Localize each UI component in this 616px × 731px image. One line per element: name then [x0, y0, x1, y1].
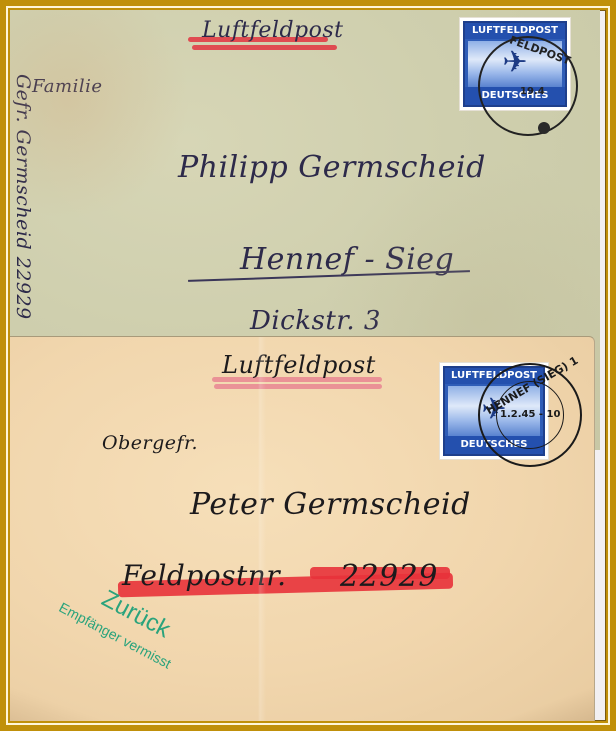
red-underline	[192, 45, 337, 50]
eagle-emblem-icon	[538, 122, 550, 134]
airplane-icon: ✈	[465, 43, 565, 83]
back-postmark-text: FELDPOST	[508, 33, 573, 67]
back-stamp: LUFTFELDPOST ✈ DEUTSCHES REICH	[460, 18, 570, 110]
stamp-top-text: LUFTFELDPOST	[465, 23, 565, 39]
city-underline	[188, 270, 470, 282]
pink-underline	[214, 384, 382, 389]
front-feldpost-number: 22929	[340, 559, 438, 594]
front-stamp: LUFTFELDPOST ✈ DEUTSCHES REICH	[440, 363, 548, 459]
back-recipient-street: Dickstr. 3	[250, 306, 381, 336]
back-sender-vertical: Gefr. Germscheid 22929	[12, 74, 34, 324]
stamp-top-text: LUFTFELDPOST	[445, 368, 543, 384]
pink-underline	[212, 377, 382, 382]
front-postmark-text: HENNEF (SIEG) 1	[484, 354, 581, 417]
front-envelope: Luftfeldpost Obergefr. Peter Germscheid …	[10, 336, 595, 721]
back-recipient-city: Hennef - Sieg	[240, 242, 454, 277]
front-postmark	[478, 363, 582, 467]
stamp-sky	[468, 41, 562, 87]
front-postmark-date: 1.2.45 - 10	[500, 409, 560, 420]
back-recipient-name: Philipp Germscheid	[178, 150, 486, 185]
back-heading: Luftfeldpost	[202, 18, 344, 43]
front-postmark-inner	[496, 381, 564, 449]
stamp-bottom-text: DEUTSCHES REICH	[465, 87, 565, 105]
front-rank: Obergefr.	[102, 432, 198, 454]
back-salutation: Familie	[32, 76, 103, 97]
stamp-bottom-text: DEUTSCHES REICH	[445, 436, 543, 454]
front-heading: Luftfeldpost	[222, 351, 376, 379]
back-postmark	[478, 36, 578, 136]
return-stamp-reason: Empfänger vermisst	[56, 599, 173, 672]
back-postmark-date: 19.4	[520, 86, 545, 97]
airplane-icon: ✈	[445, 390, 543, 430]
red-strike-through	[118, 573, 453, 598]
photo-area: Luftfeldpost Familie Gefr. Germscheid 22…	[10, 10, 606, 721]
red-underline	[188, 37, 328, 42]
front-feldpost-label: Feldpostnr.	[122, 559, 287, 592]
red-strike-through	[310, 567, 450, 579]
return-stamp-zuruck: Zurück	[97, 585, 175, 644]
stamp-sky	[448, 386, 540, 436]
front-recipient-name: Peter Germscheid	[190, 487, 471, 522]
